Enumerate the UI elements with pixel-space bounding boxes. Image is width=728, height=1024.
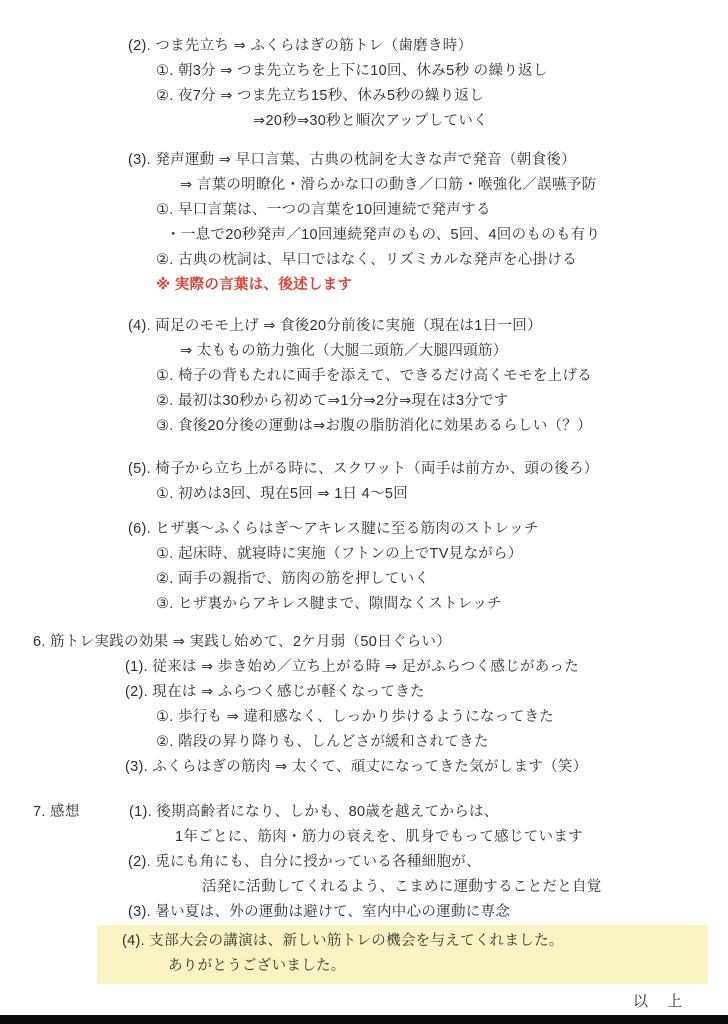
text-line: ②. 両手の親指で、筋肉の筋を押していく (156, 567, 728, 592)
text-line: ・一息で20秒発声／10回連続発声のもの、5回、4回のものも有り (166, 223, 728, 248)
document-page: (2). つま先立ち ⇒ ふくらはぎの筋トレ（歯磨き時）①. 朝3分 ⇒ つま先… (0, 0, 728, 1024)
text-line: ③. ヒザ裏からアキレス腱まで、隙間なくストレッチ (156, 592, 728, 617)
text-line: ⇒ 太ももの筋力強化（大腿二頭筋／大腿四頭筋） (180, 339, 728, 364)
text-line: (1). 従来は ⇒ 歩き始め／立ち上がる時 ⇒ 足がふらつく感じがあった (125, 655, 728, 680)
text-line: (2). 現在は ⇒ ふらつく感じが軽くなってきた (125, 680, 728, 705)
closing-text: 以 上 (0, 989, 728, 1014)
text-line: 活発に活動してくれるよう、こまめに運動することだと自覚 (202, 875, 728, 900)
text-line: ありがとうございました。 (168, 954, 708, 979)
section-number: 7. 感想 (33, 800, 129, 825)
text-line: ※ 実際の言葉は、後述します (156, 273, 728, 298)
text-line: (2). つま先立ち ⇒ ふくらはぎの筋トレ（歯磨き時） (128, 34, 728, 59)
text-line: ①. 起床時、就寝時に実施（フトンの上でTV見ながら） (156, 542, 728, 567)
text-line: (3). 発声運動 ⇒ 早口言葉、古典の枕詞を大きな声で発音（朝食後） (128, 148, 728, 173)
text-line: (4). 両足のモモ上げ ⇒ 食後20分前後に実施（現在は1日一回） (128, 314, 728, 339)
text-line: 1年ごとに、筋肉・筋力の衰えを、肌身でもって感じています (175, 825, 728, 850)
text-line: (6). ヒザ裏～ふくらはぎ～アキレス腱に至る筋肉のストレッチ (128, 517, 728, 542)
text-line: ②. 古典の枕詞は、早口ではなく、リズミカルな発声を心掛ける (156, 248, 728, 273)
text-line: ①. 朝3分 ⇒ つま先立ちを上下に10回、休み5秒 の繰り返し (156, 59, 728, 84)
text-line: ②. 最初は30秒から初めて⇒1分⇒2分⇒現在は3分です (156, 389, 728, 414)
text-line: ②. 階段の昇り降りも、しんどさが緩和されてきた (156, 730, 728, 755)
text-line: ③. 食後20分後の運動は⇒お腹の脂肪消化に効果あるらしい（？） (156, 414, 728, 439)
text-line: (5). 椅子から立ち上がる時に、スクワット（両手は前方か、頭の後ろ） (128, 457, 728, 482)
text-line: ⇒ 言葉の明瞭化・滑らかな口の動き／口筋・喉強化／誤嚥予防 (180, 173, 728, 198)
footer-bar (0, 1015, 728, 1024)
text-line: (4). 支部大会の講演は、新しい筋トレの機会を与えてくれました。 (122, 929, 708, 954)
text-line: ②. 夜7分 ⇒ つま先立ち15秒、休み5秒の繰り返し (156, 84, 728, 109)
highlight-block: (4). 支部大会の講演は、新しい筋トレの機会を与えてくれました。ありがとうござ… (97, 925, 708, 984)
text-line: 6. 筋トレ実践の効果 ⇒ 実践し始めて、2ケ月弱（50日ぐらい） (33, 630, 728, 655)
text-line: 7. 感想(1). 後期高齢者になり、しかも、80歳を越えてからは、 (33, 800, 728, 825)
document-body: (2). つま先立ち ⇒ ふくらはぎの筋トレ（歯磨き時）①. 朝3分 ⇒ つま先… (0, 34, 728, 925)
text-line: ①. 早口言葉は、一つの言葉を10回連続で発声する (156, 198, 728, 223)
text-line: ⇒20秒⇒30秒と順次アップしていく (253, 109, 728, 134)
text-line: ①. 椅子の背もたれに両手を添えて、できるだけ高くモモを上げる (156, 364, 728, 389)
text-line: (3). 暑い夏は、外の運動は避けて、室内中心の運動に専念 (128, 900, 728, 925)
text-line: (3). ふくらはぎの筋肉 ⇒ 太くて、頑丈になってきた気がします（笑） (125, 755, 728, 780)
text-line: (2). 兎にも角にも、自分に授かっている各種細胞が、 (128, 850, 728, 875)
text-line: ①. 初めは3回、現在5回 ⇒ 1日 4～5回 (156, 482, 728, 507)
line-text: (1). 後期高齢者になり、しかも、80歳を越えてからは、 (129, 804, 499, 820)
text-line: ①. 歩行も ⇒ 違和感なく、しっかり歩けるようになってきた (156, 705, 728, 730)
